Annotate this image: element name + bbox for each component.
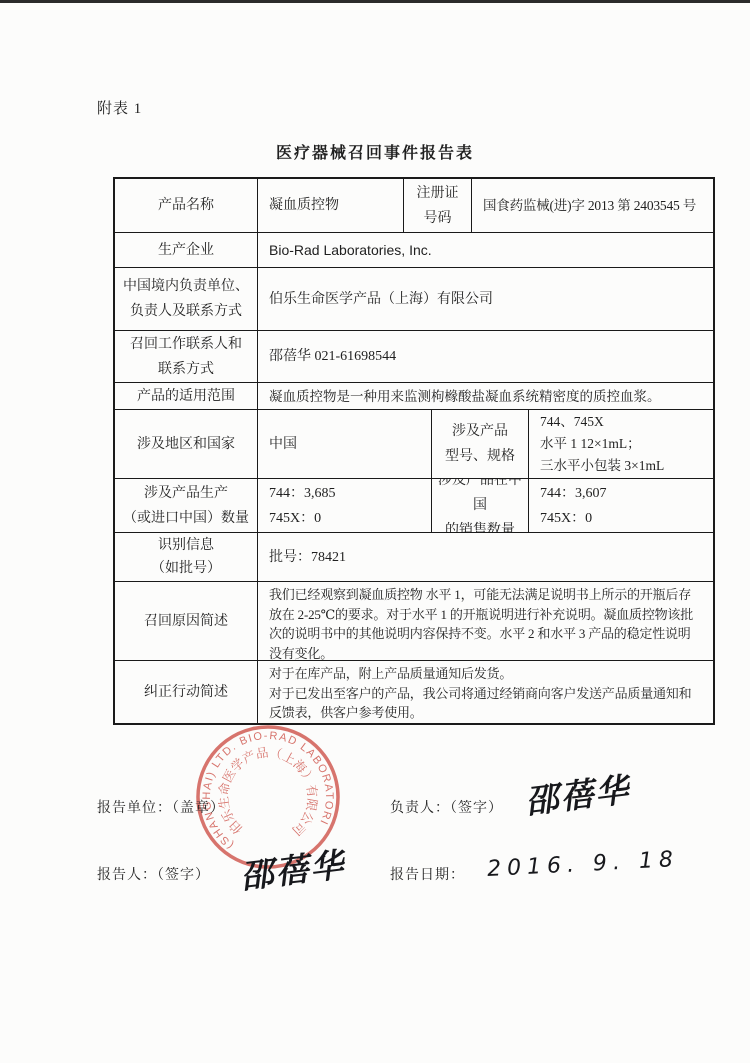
recall-report-table: 产品名称 凝血质控物 注册证 号码 国食药监械(进)字 2013 第 24035…	[113, 177, 715, 725]
registration-number-label: 注册证 号码	[404, 179, 472, 232]
reporter-label: 报告人：（签字）	[97, 864, 210, 884]
product-name-label: 产品名称	[115, 179, 258, 232]
intended-use-value: 凝血质控物是一种用来监测枸橼酸盐凝血系统精密度的质控血浆。	[258, 383, 713, 409]
report-date-label: 报告日期：	[390, 864, 465, 884]
registration-number-value: 国食药监械(进)字 2013 第 2403545 号	[472, 179, 713, 232]
china-agent-value: 伯乐生命医学产品（上海）有限公司	[258, 268, 713, 330]
models-label: 涉及产品 型号、规格	[432, 410, 529, 478]
table-row-product-name: 产品名称 凝血质控物 注册证 号码 国食药监械(进)字 2013 第 24035…	[115, 179, 713, 233]
scanned-recall-report-page: 附表 1 医疗器械召回事件报告表 产品名称 凝血质控物 注册证 号码 国食药监械…	[0, 0, 750, 1063]
table-row-china-agent: 中国境内负责单位、 负责人及联系方式 伯乐生命医学产品（上海）有限公司	[115, 268, 713, 331]
recall-reason-label: 召回原因简述	[115, 582, 258, 660]
report-unit-label: 报告单位：（盖章）	[97, 797, 225, 817]
reporter-signature: 邵蓓华	[238, 839, 348, 898]
table-row-manufacturer: 生产企业 Bio-Rad Laboratories, Inc.	[115, 233, 713, 268]
recall-reason-value: 我们已经观察到凝血质控物 水平 1，可能无法满足说明书上所示的开瓶后存 放在 2…	[258, 582, 713, 660]
table-row-identification: 识别信息 （如批号） 批号：78421	[115, 533, 713, 582]
scan-artifact-top-edge	[0, 0, 750, 3]
quantity-produced-value: 744：3,685 745X：0	[258, 479, 432, 532]
table-row-recall-contact: 召回工作联系人和 联系方式 邵蓓华 021-61698544	[115, 331, 713, 383]
corrective-action-label: 纠正行动简述	[115, 661, 258, 723]
table-row-recall-reason: 召回原因简述 我们已经观察到凝血质控物 水平 1，可能无法满足说明书上所示的开瓶…	[115, 582, 713, 661]
quantity-sold-value: 744：3,607 745X：0	[529, 479, 713, 532]
regions-label: 涉及地区和国家	[115, 410, 258, 478]
responsible-person-signature: 邵蓓华	[523, 764, 633, 823]
identification-label: 识别信息 （如批号）	[115, 533, 258, 581]
table-row-regions-models: 涉及地区和国家 中国 涉及产品 型号、规格 744、745X 水平 1 12×1…	[115, 410, 713, 479]
table-row-corrective-action: 纠正行动简述 对于在库产品，附上产品质量通知后发货。 对于已发出至客户的产品，我…	[115, 661, 713, 723]
manufacturer-label: 生产企业	[115, 233, 258, 267]
product-name-value: 凝血质控物	[258, 179, 404, 232]
page-title: 医疗器械召回事件报告表	[0, 140, 750, 163]
annex-label: 附表 1	[97, 97, 142, 118]
quantity-produced-label: 涉及产品生产 （或进口中国）数量	[115, 479, 258, 532]
identification-value: 批号：78421	[258, 533, 713, 581]
responsible-person-label: 负责人：（签字）	[390, 797, 503, 817]
report-date-handwritten: 2016. 9. 18	[486, 847, 679, 882]
manufacturer-value: Bio-Rad Laboratories, Inc.	[258, 233, 713, 267]
china-agent-label: 中国境内负责单位、 负责人及联系方式	[115, 268, 258, 330]
recall-contact-label: 召回工作联系人和 联系方式	[115, 331, 258, 382]
corrective-action-value: 对于在库产品，附上产品质量通知后发货。 对于已发出至客户的产品，我公司将通过经销…	[258, 661, 713, 723]
table-row-quantities: 涉及产品生产 （或进口中国）数量 744：3,685 745X：0 涉及产品在中…	[115, 479, 713, 533]
table-row-intended-use: 产品的适用范围 凝血质控物是一种用来监测枸橼酸盐凝血系统精密度的质控血浆。	[115, 383, 713, 410]
models-value: 744、745X 水平 1 12×1mL； 三水平小包装 3×1mL	[529, 410, 713, 478]
recall-contact-value: 邵蓓华 021-61698544	[258, 331, 713, 382]
quantity-sold-label: 涉及产品在中国 的销售数量	[432, 479, 529, 532]
intended-use-label: 产品的适用范围	[115, 383, 258, 409]
regions-value: 中国	[258, 410, 432, 478]
